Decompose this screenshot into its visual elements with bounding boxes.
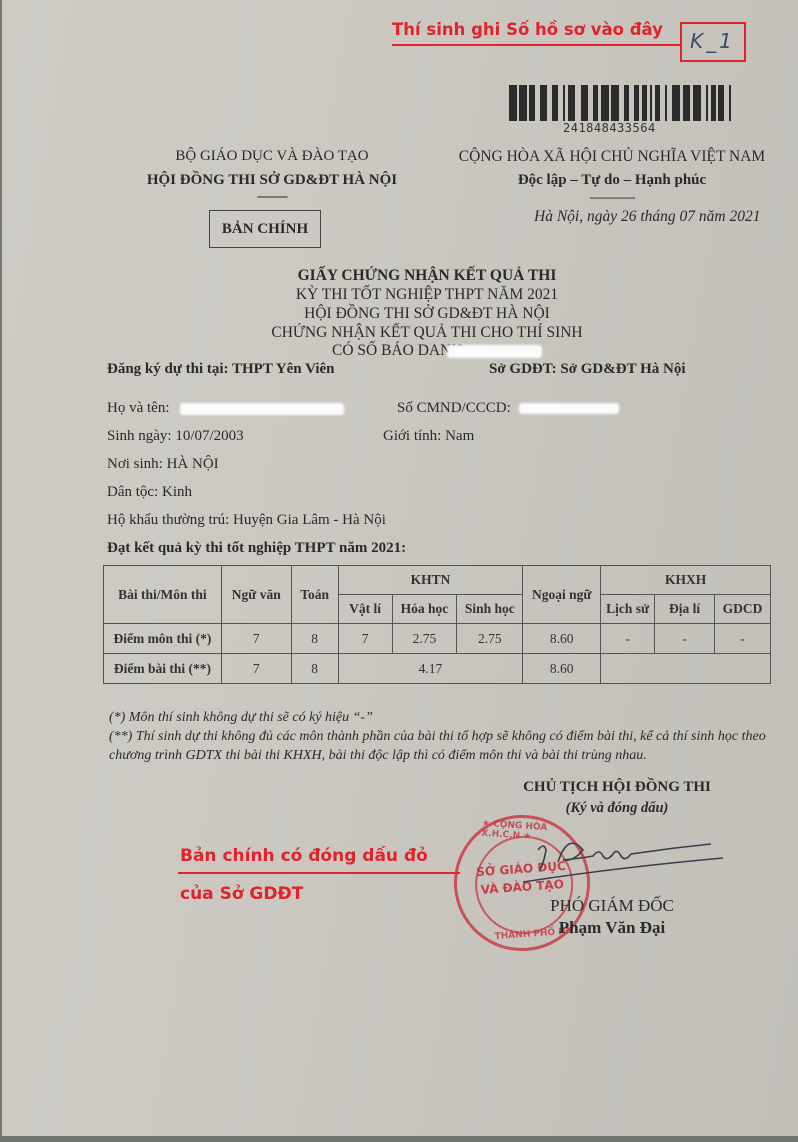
ethnicity: Dân tộc: Kinh	[107, 484, 192, 501]
issue-date: Hà Nội, ngày 26 tháng 07 năm 2021	[534, 208, 760, 226]
stamp-note-line-2: của Sở GDĐT	[180, 884, 303, 904]
header-biology: Sinh học	[457, 595, 523, 624]
certify-line: CHỨNG NHẬN KẾT QUẢ THI CHO THÍ SINH	[252, 323, 602, 342]
stamp-note-line-1: Bản chính có đóng dấu đỏ	[180, 846, 428, 866]
score-physics: 7	[338, 624, 392, 654]
original-badge: BẢN CHÍNH	[209, 210, 321, 248]
residence: Hộ khẩu thường trú: Huyện Gia Lâm - Hà N…	[107, 512, 386, 529]
right-divider: ---------------	[442, 190, 782, 205]
header-foreign-language: Ngoại ngữ	[523, 566, 601, 624]
registration-school: Đăng ký dự thi tại: THPT Yên Viên	[107, 361, 335, 378]
registration-department: Sở GDĐT: Sở GD&ĐT Hà Nội	[489, 361, 686, 378]
signer-title: CHỦ TỊCH HỘI ĐỒNG THI	[482, 779, 752, 796]
table-row-subject-scores: Điểm môn thi (*) 7 8 7 2.75 2.75 8.60 - …	[104, 624, 771, 654]
council-name: HỘI ĐỒNG THI SỞ GD&ĐT HÀ NỘI	[112, 172, 432, 189]
exam-khtn: 4.17	[338, 654, 523, 684]
header-khtn: KHTN	[338, 566, 523, 595]
redacted-name	[180, 403, 344, 415]
redacted-id-number	[519, 403, 619, 414]
header-history: Lịch sử	[601, 595, 655, 624]
exam-math: 8	[291, 654, 338, 684]
stamp-note-pointer	[178, 872, 460, 874]
exam-literature: 7	[221, 654, 291, 684]
instruction-underline	[392, 44, 682, 46]
barcode	[509, 85, 737, 121]
national-motto: Độc lập – Tự do – Hạnh phúc	[442, 172, 782, 189]
header-literature: Ngữ văn	[221, 566, 291, 624]
score-foreign-language: 8.60	[523, 624, 601, 654]
file-number-instruction: Thí sinh ghi Số hồ sơ vào đây	[392, 20, 663, 39]
birthplace: Nơi sinh: HÀ NỘI	[107, 456, 219, 473]
score-geography: -	[655, 624, 715, 654]
file-number-value: K_1	[690, 29, 735, 53]
left-divider: ----------	[112, 189, 432, 204]
score-history: -	[601, 624, 655, 654]
name-label: Họ và tên:	[107, 400, 169, 417]
id-label: Số CMND/CCCD:	[397, 400, 511, 417]
birth-date: Sinh ngày: 10/07/2003	[107, 428, 244, 445]
header-physics: Vật lí	[338, 595, 392, 624]
row-label: Điểm bài thi (**)	[104, 654, 222, 684]
footnote-1: (*) Môn thí sinh không dự thi sẽ có ký h…	[109, 708, 769, 727]
header-khxh: KHXH	[601, 566, 771, 595]
row-label: Điểm môn thi (*)	[104, 624, 222, 654]
header-civics: GDCD	[714, 595, 770, 624]
score-civics: -	[714, 624, 770, 654]
signer-name: Phạm Văn Đại	[522, 918, 702, 938]
barcode-number: 241848433564	[563, 121, 656, 135]
footnote-2: (**) Thí sinh dự thi không đủ các môn th…	[109, 727, 769, 765]
ministry-name: BỘ GIÁO DỤC VÀ ĐÀO TẠO	[112, 148, 432, 165]
score-biology: 2.75	[457, 624, 523, 654]
document-page: Thí sinh ghi Số hồ sơ vào đây K_1 241848…	[0, 0, 798, 1136]
table-row-exam-scores: Điểm bài thi (**) 7 8 4.17 8.60	[104, 654, 771, 684]
results-heading: Đạt kết quả kỳ thi tốt nghiệp THPT năm 2…	[107, 540, 406, 557]
signature-scribble	[518, 830, 728, 890]
document-title: GIẤY CHỨNG NHẬN KẾT QUẢ THI	[252, 266, 602, 285]
file-number-box: K_1	[680, 22, 746, 62]
exam-khxh	[601, 654, 771, 684]
country-name: CỘNG HÒA XÃ HỘI CHỦ NGHĨA VIỆT NAM	[442, 148, 782, 166]
exam-foreign-language: 8.60	[523, 654, 601, 684]
gender: Giới tính: Nam	[383, 428, 474, 445]
header-chemistry: Hóa học	[392, 595, 457, 624]
score-chemistry: 2.75	[392, 624, 457, 654]
score-literature: 7	[221, 624, 291, 654]
signer-position: PHÓ GIÁM ĐỐC	[522, 896, 702, 916]
footnotes: (*) Môn thí sinh không dự thi sẽ có ký h…	[109, 708, 769, 765]
redacted-candidate-number	[447, 345, 542, 358]
header-math: Toán	[291, 566, 338, 624]
score-table: Bài thi/Môn thi Ngữ văn Toán KHTN Ngoại …	[103, 565, 771, 684]
header-subject: Bài thi/Môn thi	[104, 566, 222, 624]
exam-name: KỲ THI TỐT NGHIỆP THPT NĂM 2021	[252, 285, 602, 304]
header-geography: Địa lí	[655, 595, 715, 624]
score-math: 8	[291, 624, 338, 654]
council-line: HỘI ĐỒNG THI SỞ GD&ĐT HÀ NỘI	[252, 304, 602, 323]
